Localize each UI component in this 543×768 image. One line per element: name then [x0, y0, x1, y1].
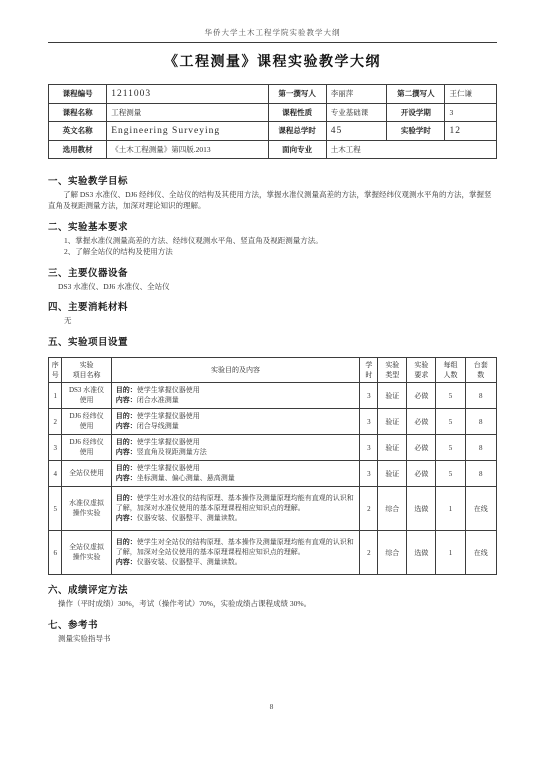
- project-name: 全站仪虚拟 操作实验: [62, 531, 111, 575]
- section-6-title: 六、成绩评定方法: [48, 582, 497, 596]
- hours: 2: [360, 531, 378, 575]
- row-no: 2: [49, 409, 62, 435]
- col-header-req: 实验 要求: [407, 358, 436, 383]
- section-2-item-2: 2、了解全站仪的结构及使用方法: [48, 247, 497, 258]
- total-hours-value: 45: [326, 122, 386, 141]
- textbook-label: 选用教材: [49, 140, 107, 159]
- hours: 3: [360, 461, 378, 487]
- row-no: 1: [49, 383, 62, 409]
- document-page: 华侨大学土木工程学院实验教学大纲 《工程测量》课程实验教学大纲 课程编号 121…: [0, 0, 543, 645]
- semester-label: 开设学期: [387, 103, 445, 122]
- project-name: 水准仪虚拟 操作实验: [62, 487, 111, 531]
- project-name: DS3 水准仪 使用: [62, 383, 111, 409]
- first-author-value: 李丽萍: [326, 85, 386, 104]
- project-name: DJ6 经纬仪 使用: [62, 435, 111, 461]
- second-author-value: 王仁谦: [445, 85, 497, 104]
- section-3-body: DS3 水准仪、DJ6 水准仪、全站仪: [48, 282, 497, 293]
- major-value: 土木工程: [326, 140, 496, 159]
- lab-hours-label: 实验学时: [387, 122, 445, 141]
- table-row: 1 DS3 水准仪 使用 目的：使学生掌握仪器使用 内容：闭合水准测量 3 验证…: [49, 383, 497, 409]
- set-count: 8: [465, 435, 496, 461]
- exp-type: 验证: [378, 409, 407, 435]
- content-label: 内容：: [116, 396, 137, 404]
- table-row: 英文名称 Engineering Surveying 课程总学时 45 实验学时…: [49, 122, 497, 141]
- section-3-title: 三、主要仪器设备: [48, 265, 497, 279]
- page-title: 《工程测量》课程实验教学大纲: [48, 51, 497, 71]
- col-header-group: 每组 人数: [436, 358, 465, 383]
- table-row: 3 DJ6 经纬仪 使用 目的：使学生掌握仪器使用 内容：竖直角及视距测量方法 …: [49, 435, 497, 461]
- section-6-body: 操作（平时成绩）30%，考试（操作考试）70%，实验成绩占课程成绩 30%。: [48, 599, 497, 610]
- set-count: 在线: [465, 531, 496, 575]
- section-7-body: 测量实验指导书: [48, 634, 497, 645]
- major-label: 面向专业: [268, 140, 326, 159]
- table-row: 课程名称 工程测量 课程性质 专业基础课 开设学期 3: [49, 103, 497, 122]
- section-1-body: 了解 DS3 水准仪、DJ6 经纬仪、全站仪的结构及其使用方法，掌握水准仪测量高…: [48, 190, 497, 212]
- group-size: 1: [436, 487, 465, 531]
- table-row: 课程编号 1211003 第一撰写人 李丽萍 第二撰写人 王仁谦: [49, 85, 497, 104]
- project-detail: 目的：使学生掌握仪器使用 内容：闭合水准测量: [111, 383, 360, 409]
- group-size: 5: [436, 461, 465, 487]
- content-text: 坐标测量、偏心测量、悬高测量: [137, 474, 235, 482]
- english-name-value: Engineering Surveying: [107, 122, 268, 141]
- col-header-detail: 实验目的及内容: [111, 358, 360, 383]
- purpose-label: 目的：: [116, 464, 137, 472]
- project-detail: 目的：使学生掌握仪器使用 内容：竖直角及视距测量方法: [111, 435, 360, 461]
- course-code-label: 课程编号: [49, 85, 107, 104]
- group-size: 1: [436, 531, 465, 575]
- course-code-value: 1211003: [107, 85, 268, 104]
- col-header-sets: 台套 数: [465, 358, 496, 383]
- row-no: 3: [49, 435, 62, 461]
- purpose-label: 目的：: [116, 538, 137, 546]
- table-row: 选用教材 《土木工程测量》第四版.2013 面向专业 土木工程: [49, 140, 497, 159]
- hours: 3: [360, 383, 378, 409]
- purpose-text: 使学生对水准仪的结构原理、基本操作及测量原理均能有直观的认识和了解，加深对水准仪…: [116, 494, 354, 512]
- col-header-no: 序 号: [49, 358, 62, 383]
- second-author-label: 第二撰写人: [387, 85, 445, 104]
- content-label: 内容：: [116, 474, 137, 482]
- row-no: 5: [49, 487, 62, 531]
- col-header-hours: 学 时: [360, 358, 378, 383]
- section-5-title: 五、实验项目设置: [48, 334, 497, 348]
- experiment-projects-table: 序 号 实验 项目名称 实验目的及内容 学 时 实验 类型 实验 要求 每组 人…: [48, 357, 497, 575]
- section-7-title: 七、参考书: [48, 617, 497, 631]
- content-text: 仪器安装、仪器整平、测量读数。: [137, 514, 242, 522]
- table-row: 4 全站仪使用 目的：使学生掌握仪器使用 内容：坐标测量、偏心测量、悬高测量 3…: [49, 461, 497, 487]
- set-count: 在线: [465, 487, 496, 531]
- exp-req: 必做: [407, 461, 436, 487]
- hours: 2: [360, 487, 378, 531]
- section-2-item-1: 1、掌握水准仪测量高差的方法、经纬仪观测水平角、竖直角及视距测量方法。: [48, 236, 497, 247]
- set-count: 8: [465, 383, 496, 409]
- section-4-title: 四、主要消耗材料: [48, 299, 497, 313]
- project-detail: 目的：使学生对水准仪的结构原理、基本操作及测量原理均能有直观的认识和了解，加深对…: [111, 487, 360, 531]
- content-label: 内容：: [116, 558, 137, 566]
- exp-req: 选做: [407, 487, 436, 531]
- hours: 3: [360, 435, 378, 461]
- project-detail: 目的：使学生掌握仪器使用 内容：坐标测量、偏心测量、悬高测量: [111, 461, 360, 487]
- course-name-label: 课程名称: [49, 103, 107, 122]
- section-2-title: 二、实验基本要求: [48, 219, 497, 233]
- table-row: 6 全站仪虚拟 操作实验 目的：使学生对全站仪的结构原理、基本操作及测量原理均能…: [49, 531, 497, 575]
- content-label: 内容：: [116, 514, 137, 522]
- content-label: 内容：: [116, 448, 137, 456]
- course-nature-value: 专业基础课: [326, 103, 386, 122]
- purpose-label: 目的：: [116, 412, 137, 420]
- purpose-label: 目的：: [116, 494, 137, 502]
- hours: 3: [360, 409, 378, 435]
- table-row: 2 DJ6 经纬仪 使用 目的：使学生掌握仪器使用 内容：闭合导线测量 3 验证…: [49, 409, 497, 435]
- exp-type: 验证: [378, 383, 407, 409]
- project-detail: 目的：使学生对全站仪的结构原理、基本操作及测量原理均能有直观的认识和了解，加深对…: [111, 531, 360, 575]
- exp-type: 综合: [378, 531, 407, 575]
- content-text: 闭合导线测量: [137, 422, 179, 430]
- purpose-text: 使学生掌握仪器使用: [137, 438, 200, 446]
- section-1-title: 一、实验教学目标: [48, 173, 497, 187]
- header-rule: [48, 42, 497, 43]
- table-header-row: 序 号 实验 项目名称 实验目的及内容 学 时 实验 类型 实验 要求 每组 人…: [49, 358, 497, 383]
- total-hours-label: 课程总学时: [268, 122, 326, 141]
- purpose-label: 目的：: [116, 386, 137, 394]
- exp-req: 必做: [407, 435, 436, 461]
- group-size: 5: [436, 409, 465, 435]
- content-text: 闭合水准测量: [137, 396, 179, 404]
- purpose-text: 使学生掌握仪器使用: [137, 412, 200, 420]
- exp-type: 验证: [378, 435, 407, 461]
- exp-req: 必做: [407, 409, 436, 435]
- row-no: 4: [49, 461, 62, 487]
- course-name-value: 工程测量: [107, 103, 268, 122]
- purpose-text: 使学生掌握仪器使用: [137, 464, 200, 472]
- lab-hours-value: 12: [445, 122, 497, 141]
- running-header: 华侨大学土木工程学院实验教学大纲: [48, 27, 497, 38]
- project-name: DJ6 经纬仪 使用: [62, 409, 111, 435]
- table-row: 5 水准仪虚拟 操作实验 目的：使学生对水准仪的结构原理、基本操作及测量原理均能…: [49, 487, 497, 531]
- course-info-table: 课程编号 1211003 第一撰写人 李丽萍 第二撰写人 王仁谦 课程名称 工程…: [48, 84, 497, 159]
- first-author-label: 第一撰写人: [268, 85, 326, 104]
- content-text: 竖直角及视距测量方法: [137, 448, 207, 456]
- exp-type: 综合: [378, 487, 407, 531]
- content-text: 仪器安装、仪器整平、测量读数。: [137, 558, 242, 566]
- purpose-text: 使学生掌握仪器使用: [137, 386, 200, 394]
- exp-req: 选做: [407, 531, 436, 575]
- group-size: 5: [436, 435, 465, 461]
- page-number: 8: [0, 702, 543, 711]
- project-detail: 目的：使学生掌握仪器使用 内容：闭合导线测量: [111, 409, 360, 435]
- textbook-value: 《土木工程测量》第四版.2013: [107, 140, 268, 159]
- set-count: 8: [465, 461, 496, 487]
- course-nature-label: 课程性质: [268, 103, 326, 122]
- purpose-text: 使学生对全站仪的结构原理、基本操作及测量原理均能有直观的认识和了解，加深对全站仪…: [116, 538, 354, 556]
- set-count: 8: [465, 409, 496, 435]
- purpose-label: 目的：: [116, 438, 137, 446]
- section-4-body: 无: [48, 316, 497, 327]
- content-label: 内容：: [116, 422, 137, 430]
- col-header-name: 实验 项目名称: [62, 358, 111, 383]
- exp-type: 验证: [378, 461, 407, 487]
- english-name-label: 英文名称: [49, 122, 107, 141]
- col-header-type: 实验 类型: [378, 358, 407, 383]
- semester-value: 3: [445, 103, 497, 122]
- exp-req: 必做: [407, 383, 436, 409]
- row-no: 6: [49, 531, 62, 575]
- project-name: 全站仪使用: [62, 461, 111, 487]
- group-size: 5: [436, 383, 465, 409]
